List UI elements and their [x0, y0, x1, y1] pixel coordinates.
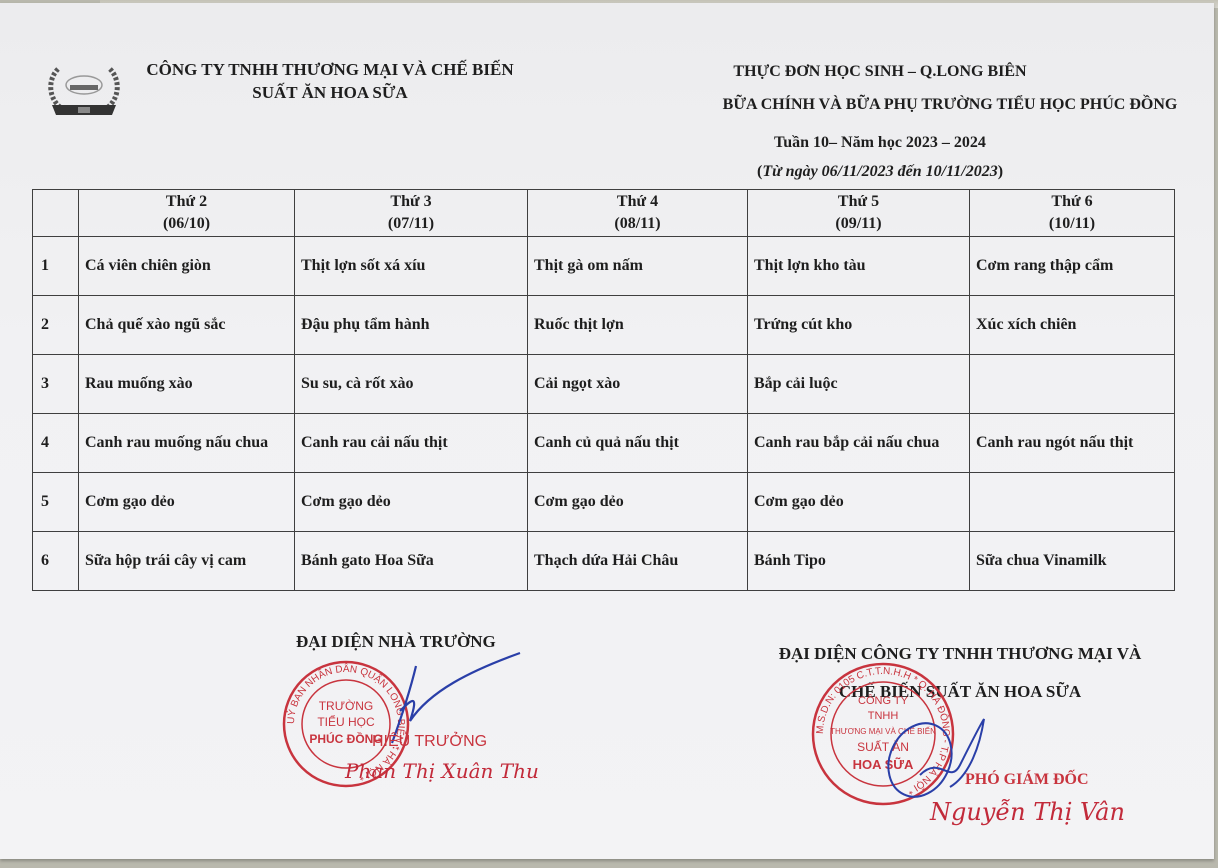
- menu-cell: Cơm gạo dẻo: [295, 473, 528, 532]
- menu-cell: Sữa chua Vinamilk: [970, 532, 1175, 591]
- company-rep-line2: CHẾ BIẾN SUẤT ĂN HOA SỮA: [740, 673, 1180, 711]
- day-label: Thứ 3: [301, 191, 521, 213]
- menu-cell: Cơm gạo dẻo: [748, 473, 970, 532]
- header-day-2: Thứ 3(07/11): [295, 190, 528, 237]
- menu-cell: Bánh gato Hoa Sữa: [295, 532, 528, 591]
- company-rep-line1: ĐẠI DIỆN CÔNG TY TNHH THƯƠNG MẠI VÀ: [740, 635, 1180, 673]
- row-number: 6: [33, 532, 79, 591]
- day-date: (09/11): [754, 213, 963, 235]
- day-label: Thứ 4: [534, 191, 741, 213]
- header-index-cell: [33, 190, 79, 237]
- date-range-text: Từ ngày 06/11/2023 đến 10/11/2023: [762, 163, 997, 180]
- svg-text:TRƯỜNG: TRƯỜNG: [319, 698, 374, 713]
- menu-cell: Xúc xích chiên: [970, 296, 1175, 355]
- table-row: 4Canh rau muống nấu chuaCanh rau cải nấu…: [33, 414, 1175, 473]
- menu-cell: Thịt lợn kho tàu: [748, 237, 970, 296]
- menu-title: THỰC ĐƠN HỌC SINH – Q.LONG BIÊN: [690, 63, 1070, 81]
- menu-cell: [970, 473, 1175, 532]
- company-header: CÔNG TY TNHH THƯƠNG MẠI VÀ CHẾ BIẾN SUẤT…: [110, 58, 550, 104]
- menu-document: CÔNG TY TNHH THƯƠNG MẠI VÀ CHẾ BIẾN SUẤT…: [0, 3, 1214, 859]
- date-range: (Từ ngày 06/11/2023 đến 10/11/2023): [690, 163, 1070, 181]
- menu-cell: Thịt gà om nấm: [528, 237, 748, 296]
- day-label: Thứ 2: [85, 191, 288, 213]
- menu-cell: Thạch dứa Hải Châu: [528, 532, 748, 591]
- menu-cell: Rau muống xào: [79, 355, 295, 414]
- company-name-line2: SUẤT ĂN HOA SỮA: [110, 81, 550, 104]
- row-number: 5: [33, 473, 79, 532]
- day-label: Thứ 6: [976, 191, 1168, 213]
- row-number: 2: [33, 296, 79, 355]
- menu-subtitle: BỮA CHÍNH VÀ BỮA PHỤ TRƯỜNG TIỂU HỌC PHÚ…: [640, 96, 1218, 114]
- vice-director-signature-icon: [880, 715, 990, 805]
- week-label: Tuần 10– Năm học 2023 – 2024: [690, 134, 1070, 152]
- menu-cell: Sữa hộp trái cây vị cam: [79, 532, 295, 591]
- menu-cell: Canh rau ngót nấu thịt: [970, 414, 1175, 473]
- menu-cell: Canh rau bắp cải nấu chua: [748, 414, 970, 473]
- table-header-row: Thứ 2(06/10)Thứ 3(07/11)Thứ 4(08/11)Thứ …: [33, 190, 1175, 237]
- vice-director-name: Nguyễn Thị Vân: [930, 798, 1125, 826]
- menu-cell: Bánh Tipo: [748, 532, 970, 591]
- principal-role: HIỆU TRƯỞNG: [372, 733, 487, 751]
- menu-cell: Thịt lợn sốt xá xíu: [295, 237, 528, 296]
- header-day-3: Thứ 4(08/11): [528, 190, 748, 237]
- table-row: 3Rau muống xàoSu su, cà rốt xàoCải ngọt …: [33, 355, 1175, 414]
- company-representative-title: ĐẠI DIỆN CÔNG TY TNHH THƯƠNG MẠI VÀ CHẾ …: [740, 635, 1180, 711]
- day-date: (06/10): [85, 213, 288, 235]
- row-number: 4: [33, 414, 79, 473]
- menu-cell: Bắp cải luộc: [748, 355, 970, 414]
- row-number: 1: [33, 237, 79, 296]
- school-representative-title: ĐẠI DIỆN NHÀ TRƯỜNG: [296, 632, 496, 652]
- menu-cell: Cơm gạo dẻo: [79, 473, 295, 532]
- menu-cell: Chả quế xào ngũ sắc: [79, 296, 295, 355]
- menu-cell: Cải ngọt xào: [528, 355, 748, 414]
- day-date: (10/11): [976, 213, 1168, 235]
- menu-cell: Ruốc thịt lợn: [528, 296, 748, 355]
- table-row: 1Cá viên chiên giònThịt lợn sốt xá xíuTh…: [33, 237, 1175, 296]
- table-row: 2Chả quế xào ngũ sắcĐậu phụ tẩm hànhRuốc…: [33, 296, 1175, 355]
- menu-cell: Trứng cút kho: [748, 296, 970, 355]
- menu-cell: Cơm gạo dẻo: [528, 473, 748, 532]
- vice-director-role: PHÓ GIÁM ĐỐC: [965, 771, 1089, 789]
- menu-cell: Canh củ quả nấu thịt: [528, 414, 748, 473]
- menu-cell: Canh rau muống nấu chua: [79, 414, 295, 473]
- menu-cell: Đậu phụ tẩm hành: [295, 296, 528, 355]
- svg-text:CÔNG TY: CÔNG TY: [858, 694, 909, 707]
- paren-close: ): [998, 163, 1003, 180]
- menu-cell: [970, 355, 1175, 414]
- day-label: Thứ 5: [754, 191, 963, 213]
- header-day-1: Thứ 2(06/10): [79, 190, 295, 237]
- menu-cell: Cơm rang thập cẩm: [970, 237, 1175, 296]
- day-date: (08/11): [534, 213, 741, 235]
- table-row: 5Cơm gạo dẻoCơm gạo dẻoCơm gạo dẻoCơm gạ…: [33, 473, 1175, 532]
- principal-name: Phan Thị Xuân Thu: [345, 759, 539, 783]
- menu-cell: Su su, cà rốt xào: [295, 355, 528, 414]
- menu-cell: Cá viên chiên giòn: [79, 237, 295, 296]
- row-number: 3: [33, 355, 79, 414]
- header-day-4: Thứ 5(09/11): [748, 190, 970, 237]
- company-name-line1: CÔNG TY TNHH THƯƠNG MẠI VÀ CHẾ BIẾN: [110, 58, 550, 81]
- day-date: (07/11): [301, 213, 521, 235]
- menu-cell: Canh rau cải nấu thịt: [295, 414, 528, 473]
- svg-text:TIỂU HỌC: TIỂU HỌC: [317, 714, 375, 729]
- weekly-menu-table: Thứ 2(06/10)Thứ 3(07/11)Thứ 4(08/11)Thứ …: [32, 189, 1175, 591]
- table-row: 6Sữa hộp trái cây vị camBánh gato Hoa Sữ…: [33, 532, 1175, 591]
- header-day-5: Thứ 6(10/11): [970, 190, 1175, 237]
